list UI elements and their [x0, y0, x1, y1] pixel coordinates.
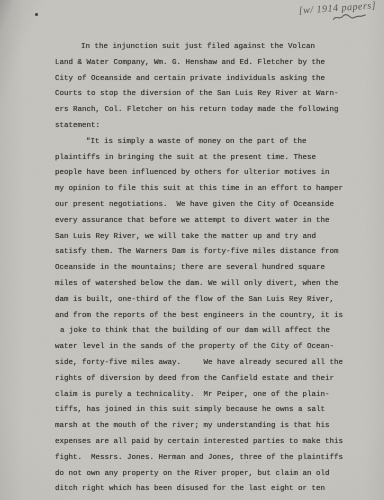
text-line: plaintiffs in bringing the suit at the p… [55, 151, 360, 167]
text-line: people have been influenced by others fo… [55, 166, 360, 182]
text-line: ers Ranch, Col. Fletcher on his return t… [55, 103, 360, 119]
text-line: my opinion to file this suit at this tim… [55, 182, 360, 198]
text-line: side, forty-five miles away. We have alr… [55, 356, 360, 372]
typewritten-text-block: In the injunction suit just filed agains… [55, 40, 360, 498]
text-line: San Luis Rey River, we will take the mat… [55, 230, 360, 246]
text-line: our present negotiations. We have given … [55, 198, 360, 214]
text-line: expenses are all paid by certain interes… [55, 435, 360, 451]
text-line: a joke to think that the building of our… [55, 324, 360, 340]
text-line: claim is purely a technicality. Mr Peipe… [55, 388, 360, 404]
scanned-document-page: [w/ 1914 papers] In the injunction suit … [0, 0, 384, 500]
text-line: and from the reports of the best enginee… [55, 309, 360, 325]
text-line: dam is built, one-third of the flow of t… [55, 293, 360, 309]
text-line: Land & Water Company, Wm. G. Henshaw and… [55, 56, 360, 72]
text-line: statement: [55, 119, 360, 135]
text-line: miles of watershed below the dam. We wil… [55, 277, 360, 293]
text-line: every assurance that before we attempt t… [55, 214, 360, 230]
text-line: tiffs, has joined in this suit simply be… [55, 403, 360, 419]
text-line: do not own any property on the River pro… [55, 467, 360, 483]
text-line: "It is simply a waste of money on the pa… [55, 135, 360, 151]
text-line: Courts to stop the diversion of the San … [55, 87, 360, 103]
text-line: City of Oceanside and certain private in… [55, 72, 360, 88]
text-line: marsh at the mouth of the river; my unde… [55, 419, 360, 435]
ink-speck [35, 13, 38, 16]
text-line: In the injunction suit just filed agains… [55, 40, 360, 56]
text-line: Oceanside in the mountains; there are se… [55, 261, 360, 277]
text-line: water level in the sands of the property… [55, 340, 360, 356]
handwritten-annotation: [w/ 1914 papers] [298, 0, 377, 24]
text-line: satisfy them. The Warners Dam is forty-f… [55, 245, 360, 261]
text-line: fight. Messrs. Jones. Herman and Jones, … [55, 451, 360, 467]
text-line: ditch right which has been disused for t… [55, 482, 360, 498]
text-line: rights of diversion by deed from the Can… [55, 372, 360, 388]
